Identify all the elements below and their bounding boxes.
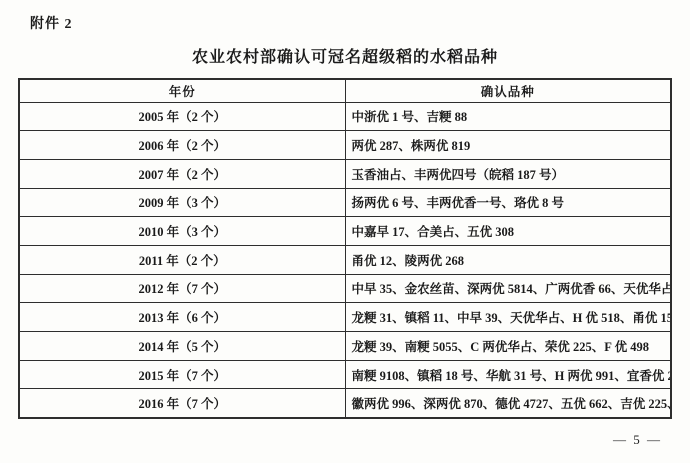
table-body: 2005 年（2 个）中浙优 1 号、吉粳 882006 年（2 个）两优 28… <box>19 102 671 418</box>
year-cell: 2007 年（2 个） <box>19 159 345 188</box>
header-year: 年份 <box>19 79 345 102</box>
varieties-cell: 两优 287、株两优 819 <box>345 131 671 160</box>
table-row: 2011 年（2 个）甬优 12、陵两优 268 <box>19 245 671 274</box>
table-row: 2016 年（7 个）徽两优 996、深两优 870、德优 4727、五优 66… <box>19 389 671 418</box>
year-cell: 2005 年（2 个） <box>19 102 345 131</box>
varieties-cell: 中早 35、金农丝苗、深两优 5814、广两优香 66、天优华占、宜优 673、… <box>345 274 671 303</box>
header-varieties: 确认品种 <box>345 79 671 102</box>
page-title: 农业农村部确认可冠名超级稻的水稻品种 <box>0 44 690 67</box>
table-row: 2012 年（7 个）中早 35、金农丝苗、深两优 5814、广两优香 66、天… <box>19 274 671 303</box>
table-row: 2005 年（2 个）中浙优 1 号、吉粳 88 <box>19 102 671 131</box>
year-cell: 2009 年（3 个） <box>19 188 345 217</box>
varieties-cell: 徽两优 996、深两优 870、德优 4727、五优 662、吉优 225、五丰… <box>345 389 671 418</box>
varieties-cell: 扬两优 6 号、丰两优香一号、珞优 8 号 <box>345 188 671 217</box>
table-row: 2014 年（5 个）龙粳 39、南粳 5055、C 两优华占、荣优 225、F… <box>19 332 671 361</box>
table-header: 年份 确认品种 <box>19 79 671 102</box>
table-row: 2007 年（2 个）玉香油占、丰两优四号（皖稻 187 号） <box>19 159 671 188</box>
attachment-label: 附件 2 <box>30 13 73 33</box>
table-row: 2010 年（3 个）中嘉早 17、合美占、五优 308 <box>19 217 671 246</box>
year-cell: 2014 年（5 个） <box>19 332 345 361</box>
table-row: 2009 年（3 个）扬两优 6 号、丰两优香一号、珞优 8 号 <box>19 188 671 217</box>
varieties-cell: 龙粳 39、南粳 5055、C 两优华占、荣优 225、F 优 498 <box>345 332 671 361</box>
year-cell: 2016 年（7 个） <box>19 389 345 418</box>
table-row: 2013 年（6 个）龙粳 31、镇稻 11、中早 39、天优华占、H 优 51… <box>19 303 671 332</box>
header-row: 年份 确认品种 <box>19 79 671 102</box>
year-cell: 2011 年（2 个） <box>19 245 345 274</box>
varieties-cell: 中嘉早 17、合美占、五优 308 <box>345 217 671 246</box>
year-cell: 2015 年（7 个） <box>19 360 345 389</box>
varieties-cell: 甬优 12、陵两优 268 <box>345 245 671 274</box>
year-cell: 2012 年（7 个） <box>19 274 345 303</box>
rice-varieties-table: 年份 确认品种 2005 年（2 个）中浙优 1 号、吉粳 882006 年（2… <box>18 78 672 419</box>
year-cell: 2010 年（3 个） <box>19 217 345 246</box>
varieties-cell: 南粳 9108、镇稻 18 号、华航 31 号、H 两优 991、宜香优 211… <box>345 360 671 389</box>
varieties-cell: 龙粳 31、镇稻 11、中早 39、天优华占、H 优 518、甬优 15 <box>345 303 671 332</box>
year-cell: 2013 年（6 个） <box>19 303 345 332</box>
varieties-cell: 中浙优 1 号、吉粳 88 <box>345 102 671 131</box>
page-number: — 5 — <box>613 432 662 448</box>
table-row: 2015 年（7 个）南粳 9108、镇稻 18 号、华航 31 号、H 两优 … <box>19 360 671 389</box>
document-page: 附件 2 农业农村部确认可冠名超级稻的水稻品种 年份 确认品种 2005 年（2… <box>0 0 690 463</box>
year-cell: 2006 年（2 个） <box>19 131 345 160</box>
varieties-cell: 玉香油占、丰两优四号（皖稻 187 号） <box>345 159 671 188</box>
table-row: 2006 年（2 个）两优 287、株两优 819 <box>19 131 671 160</box>
